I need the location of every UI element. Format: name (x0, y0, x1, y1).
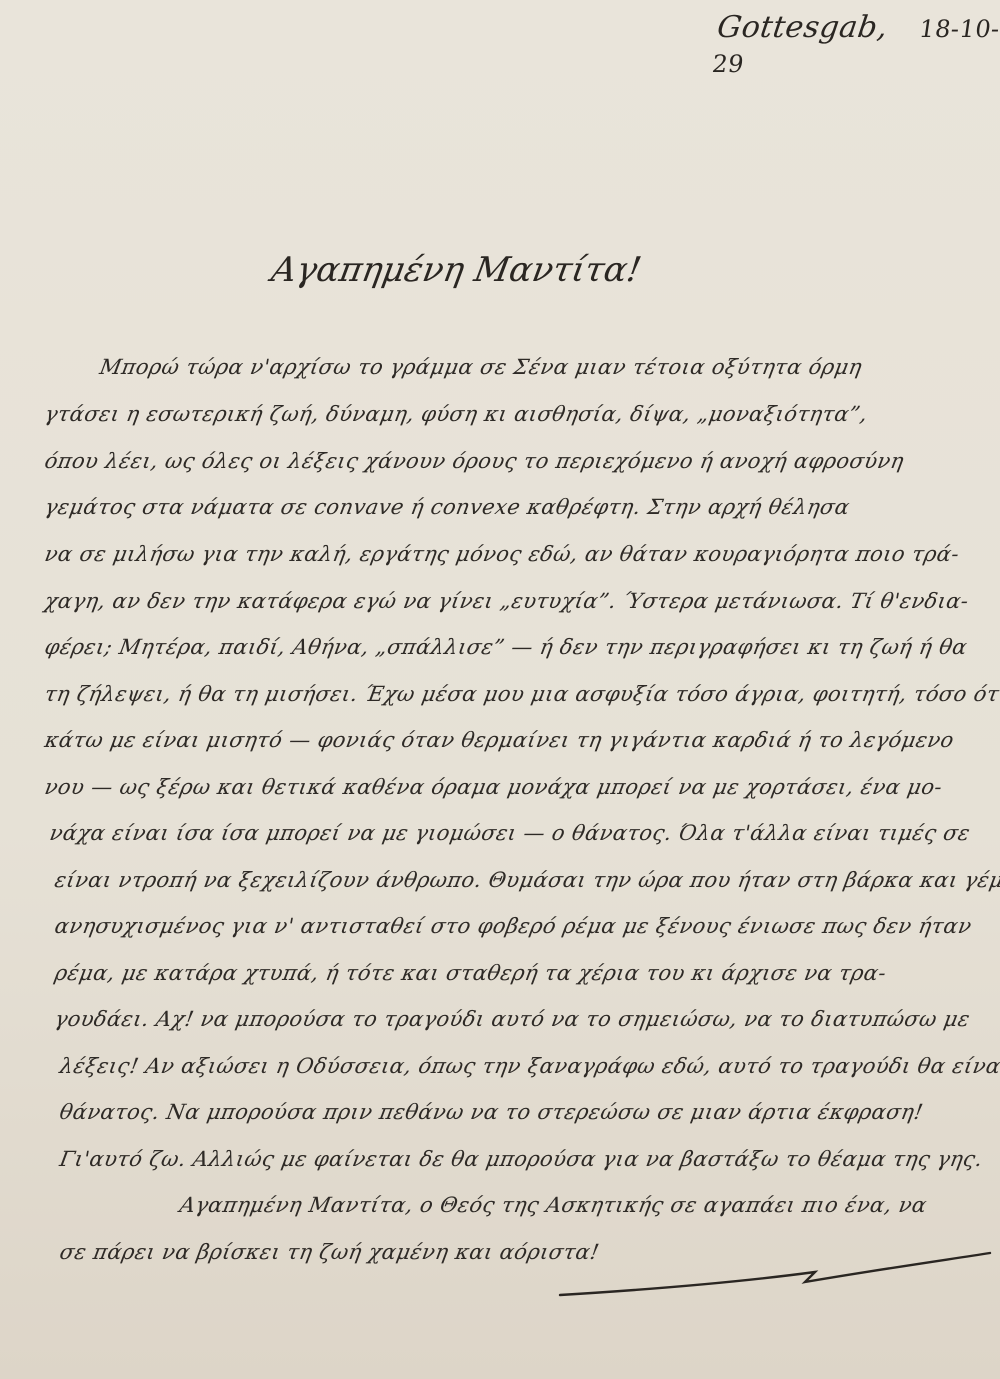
letter-header: Gottesgab, 18-10-29 (710, 10, 1000, 80)
letter-line: νάχα είναι ίσα ίσα μπορεί να με γιομώσει… (48, 821, 972, 845)
letter-line: γτάσει η εσωτερική ζωή, δύναμη, φύση κι … (43, 402, 870, 426)
letter-line: γεμάτος στα νάματα σε convave ή convexe … (43, 495, 852, 519)
letter-line: να σε μιλήσω για την καλή, εργάτης μόνος… (43, 542, 961, 566)
letter-line: νου — ως ξέρω και θετικά καθένα όραμα μο… (43, 775, 944, 799)
letter-line: θάνατος. Να μπορούσα πριν πεθάνω να το σ… (58, 1100, 925, 1124)
letter-line: Αγαπημένη Μαντίτα, ο Θεός της Ασκητικής … (178, 1193, 929, 1217)
letter-line: Γι'αυτό ζω. Αλλιώς με φαίνεται δε θα μπο… (58, 1147, 985, 1171)
signature-flourish-icon (555, 1250, 995, 1300)
letter-line: Μπορώ τώρα ν'αρχίσω το γράμμα σε Σένα μι… (98, 355, 864, 379)
letter-line: χαγη, αν δεν την κατάφερα εγώ να γίνει „… (43, 589, 971, 613)
letter-line: τη ζήλεψει, ή θα τη μισήσει. Έχω μέσα μο… (43, 682, 1000, 706)
place-name: Gottesgab, (715, 10, 890, 45)
letter-line: φέρει; Μητέρα, παιδί, Αθήνα, „σπάλλισε” … (43, 635, 969, 659)
letter-line: λέξεις! Αν αξιώσει η Οδύσσεια, όπως την … (58, 1054, 1000, 1078)
letter-line: ρέμα, με κατάρα χτυπά, ή τότε και σταθερ… (53, 961, 888, 985)
letter-line: είναι ντροπή να ξεχειλίζουν άνθρωπο. Θυμ… (53, 868, 1000, 892)
salutation: Αγαπημένη Μαντίτα! (268, 250, 644, 290)
letter-line: κάτω με είναι μισητό — φονιάς όταν θερμα… (43, 728, 956, 752)
letter-line: όπου λέει, ως όλες οι λέξεις χάνουν όρου… (43, 449, 906, 473)
letter-line: γουδάει. Αχ! να μπορούσα το τραγούδι αυτ… (53, 1007, 972, 1031)
letter-line: σε πάρει να βρίσκει τη ζωή χαμένη και αό… (58, 1240, 601, 1264)
letter-line: ανησυχισμένος για ν' αντισταθεί στο φοβε… (53, 914, 974, 938)
letter-page: Gottesgab, 18-10-29 Αγαπημένη Μαντίτα! Μ… (0, 0, 1000, 1379)
